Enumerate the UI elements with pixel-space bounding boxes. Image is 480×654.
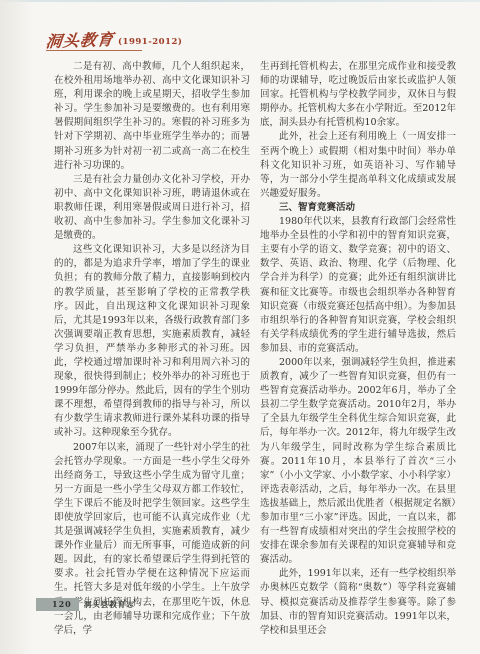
page-gutter-shade bbox=[0, 0, 34, 654]
body-paragraph: 此外，社会上还有利用晚上（一周安排一至两个晚上）或假期（相对集中时间）举办单科文… bbox=[260, 130, 456, 200]
scan-edge-artifact bbox=[0, 0, 480, 2]
body-paragraph: 三是有社会力量创办文化补习学校，开办初中、高中文化课知识补习班，聘请退休或在职教… bbox=[54, 173, 250, 243]
page-footer: 120 洞头县教育志 bbox=[36, 598, 135, 611]
page-number-badge: 120 bbox=[36, 598, 79, 611]
section-heading: 三、智育竞赛活动 bbox=[260, 201, 456, 215]
scanned-book-page: 洞头教育(1991-2012) 二是有初、高中教师，几个人组织起来，在校外租用场… bbox=[0, 0, 480, 654]
journal-logo: 洞头教育 bbox=[45, 27, 116, 52]
body-paragraph: 此外，1991年以来，还有一些学校组织举办奥林匹克数学（简称“奥数”）等学科竞赛… bbox=[260, 567, 456, 637]
journal-header: 洞头教育(1991-2012) bbox=[46, 28, 182, 51]
body-paragraph: 这些文化课知识补习，大多是以经济为目的的，都是为追求升学率，增加了学生的课业负担… bbox=[54, 243, 250, 440]
journal-logo-years: (1991-2012) bbox=[118, 37, 182, 47]
logo-underline bbox=[46, 50, 142, 51]
body-paragraph-continuation: 生再到托管机构去，在那里完成作业和接受教师的功课辅导，吃过晚饭后由家长或监护人领… bbox=[260, 60, 456, 130]
body-paragraph: 2000年以来，强调减轻学生负担，推进素质教育，减少了一些智育知识竞赛，但仍有一… bbox=[260, 356, 456, 567]
left-column: 二是有初、高中教师，几个人组织起来，在校外租用场地举办初、高中文化课知识补习班，… bbox=[54, 60, 250, 600]
text-columns: 二是有初、高中教师，几个人组织起来，在校外租用场地举办初、高中文化课知识补习班，… bbox=[54, 60, 456, 600]
body-paragraph: 1980年代以来，县教育行政部门会经常性地举办全县性的小学和初中的智育知识竞赛，… bbox=[260, 215, 456, 356]
book-title: 洞头县教育志 bbox=[84, 599, 135, 610]
right-column: 生再到托管机构去，在那里完成作业和接受教师的功课辅导，吃过晚饭后由家长或监护人领… bbox=[260, 60, 456, 600]
body-paragraph: 二是有初、高中教师，几个人组织起来，在校外租用场地举办初、高中文化课知识补习班，… bbox=[54, 60, 250, 173]
